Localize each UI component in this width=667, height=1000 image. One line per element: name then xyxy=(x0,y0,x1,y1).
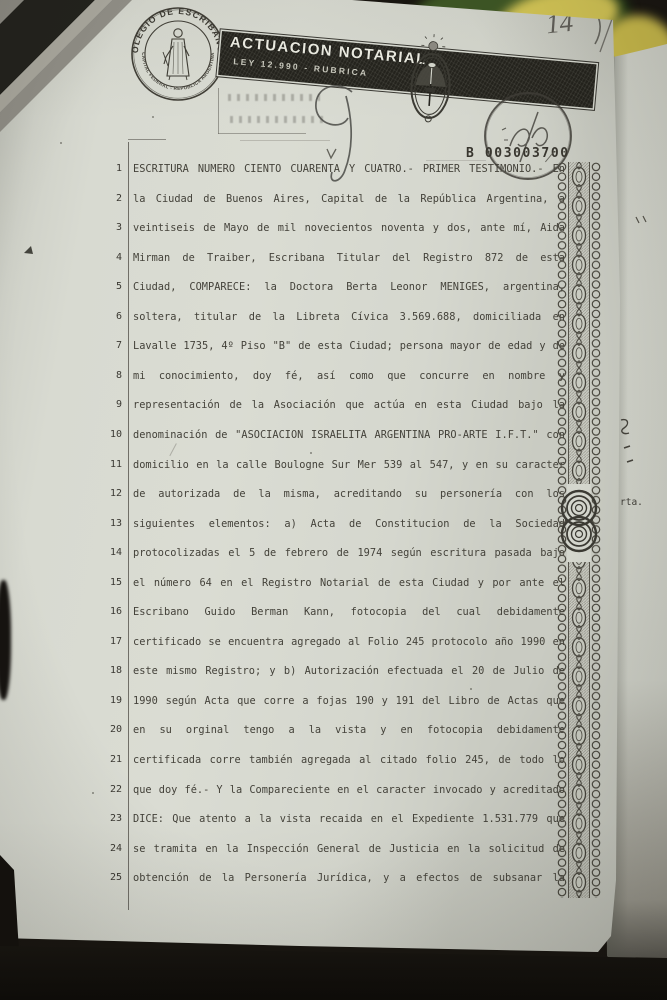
speck xyxy=(310,452,312,454)
line-number: 9 xyxy=(92,399,122,410)
line-number: 6 xyxy=(92,311,122,322)
line-text: ESCRITURA NUMERO CIENTO CUARENTA Y CUATR… xyxy=(133,163,565,175)
line-text: que doy fé.- Y la Compareciente en el ca… xyxy=(133,784,565,796)
line-text: Mirman de Traiber, Escribana Titular del… xyxy=(133,252,565,264)
margin-note: rta. xyxy=(620,497,643,508)
line-text: Ciudad, COMPARECE: la Doctora Berta Leon… xyxy=(133,281,565,293)
line-number: 14 xyxy=(92,547,122,558)
line-text: DICE: Que atento a la vista recaida en e… xyxy=(133,813,565,825)
line-text: siguientes elementos: a) Acta de Constit… xyxy=(133,518,565,530)
ink-mark xyxy=(22,244,36,256)
line-number: 22 xyxy=(92,784,122,795)
line-number: 13 xyxy=(92,518,122,529)
line-number: 19 xyxy=(92,695,122,706)
overlapping-sheets-corner xyxy=(0,0,180,180)
line-text: representación de la Asociación que actú… xyxy=(133,399,565,411)
line-text: protocolizadas el 5 de febrero de 1974 s… xyxy=(133,547,565,559)
line-number: 12 xyxy=(92,488,122,499)
line-number: 7 xyxy=(92,340,122,351)
line-number: 21 xyxy=(92,754,122,765)
line-number: 20 xyxy=(92,724,122,735)
line-number: 23 xyxy=(92,813,122,824)
line-number: 5 xyxy=(92,281,122,292)
line-number: 2 xyxy=(92,193,122,204)
line-text: soltera, titular de la Libreta Cívica 3.… xyxy=(133,311,565,323)
line-number: 4 xyxy=(92,252,122,263)
line-number: 11 xyxy=(92,459,122,470)
line-text: certificada corre también agregada al ci… xyxy=(133,754,565,766)
line-number: 16 xyxy=(92,606,122,617)
line-number: 18 xyxy=(92,665,122,676)
line-text: mi conocimiento, doy fé, así como que co… xyxy=(133,370,565,382)
line-text: 1990 según Acta que corre a fojas 190 y … xyxy=(133,695,565,707)
line-number: 25 xyxy=(92,872,122,883)
line-text: en su orginal tengo a la vista y en foto… xyxy=(133,724,565,736)
line-text: la Ciudad de Buenos Aires, Capital de la… xyxy=(133,193,565,205)
line-text: el número 64 en el Registro Notarial de … xyxy=(133,577,565,589)
speck xyxy=(92,792,94,794)
line-number: 3 xyxy=(92,222,122,233)
figure-eight-motif xyxy=(562,484,596,562)
line-text: domicilio en la calle Boulogne Sur Mer 5… xyxy=(133,459,565,471)
guilloche-border xyxy=(556,162,602,898)
line-number: 10 xyxy=(92,429,122,440)
photographed-notarial-page: rta. COLEGIO DE ESCRIBANOS CAPITA xyxy=(0,0,667,1000)
line-number: 17 xyxy=(92,636,122,647)
line-number: 8 xyxy=(92,370,122,381)
line-text: este mismo Registro; y b) Autorización e… xyxy=(133,665,565,677)
line-text: certificado se encuentra agregado al Fol… xyxy=(133,636,565,648)
line-text: obtención de la Personería Jurídica, y a… xyxy=(133,872,565,884)
line-text: Escribano Guido Berman Kann, fotocopia d… xyxy=(133,606,565,618)
tick-marks xyxy=(634,215,648,227)
line-text: Lavalle 1735, 4º Piso "B" de esta Ciudad… xyxy=(133,340,565,352)
line-text: veintiseis de Mayo de mil novecientos no… xyxy=(133,222,565,234)
line-text: se tramita en la Inspección General de J… xyxy=(133,843,565,855)
line-number: 24 xyxy=(92,843,122,854)
line-text: de autorizada de la misma, acreditando s… xyxy=(133,488,565,500)
line-text: denominación de "ASOCIACION ISRAELITA AR… xyxy=(133,429,565,441)
speck xyxy=(470,688,472,690)
line-number: 15 xyxy=(92,577,122,588)
